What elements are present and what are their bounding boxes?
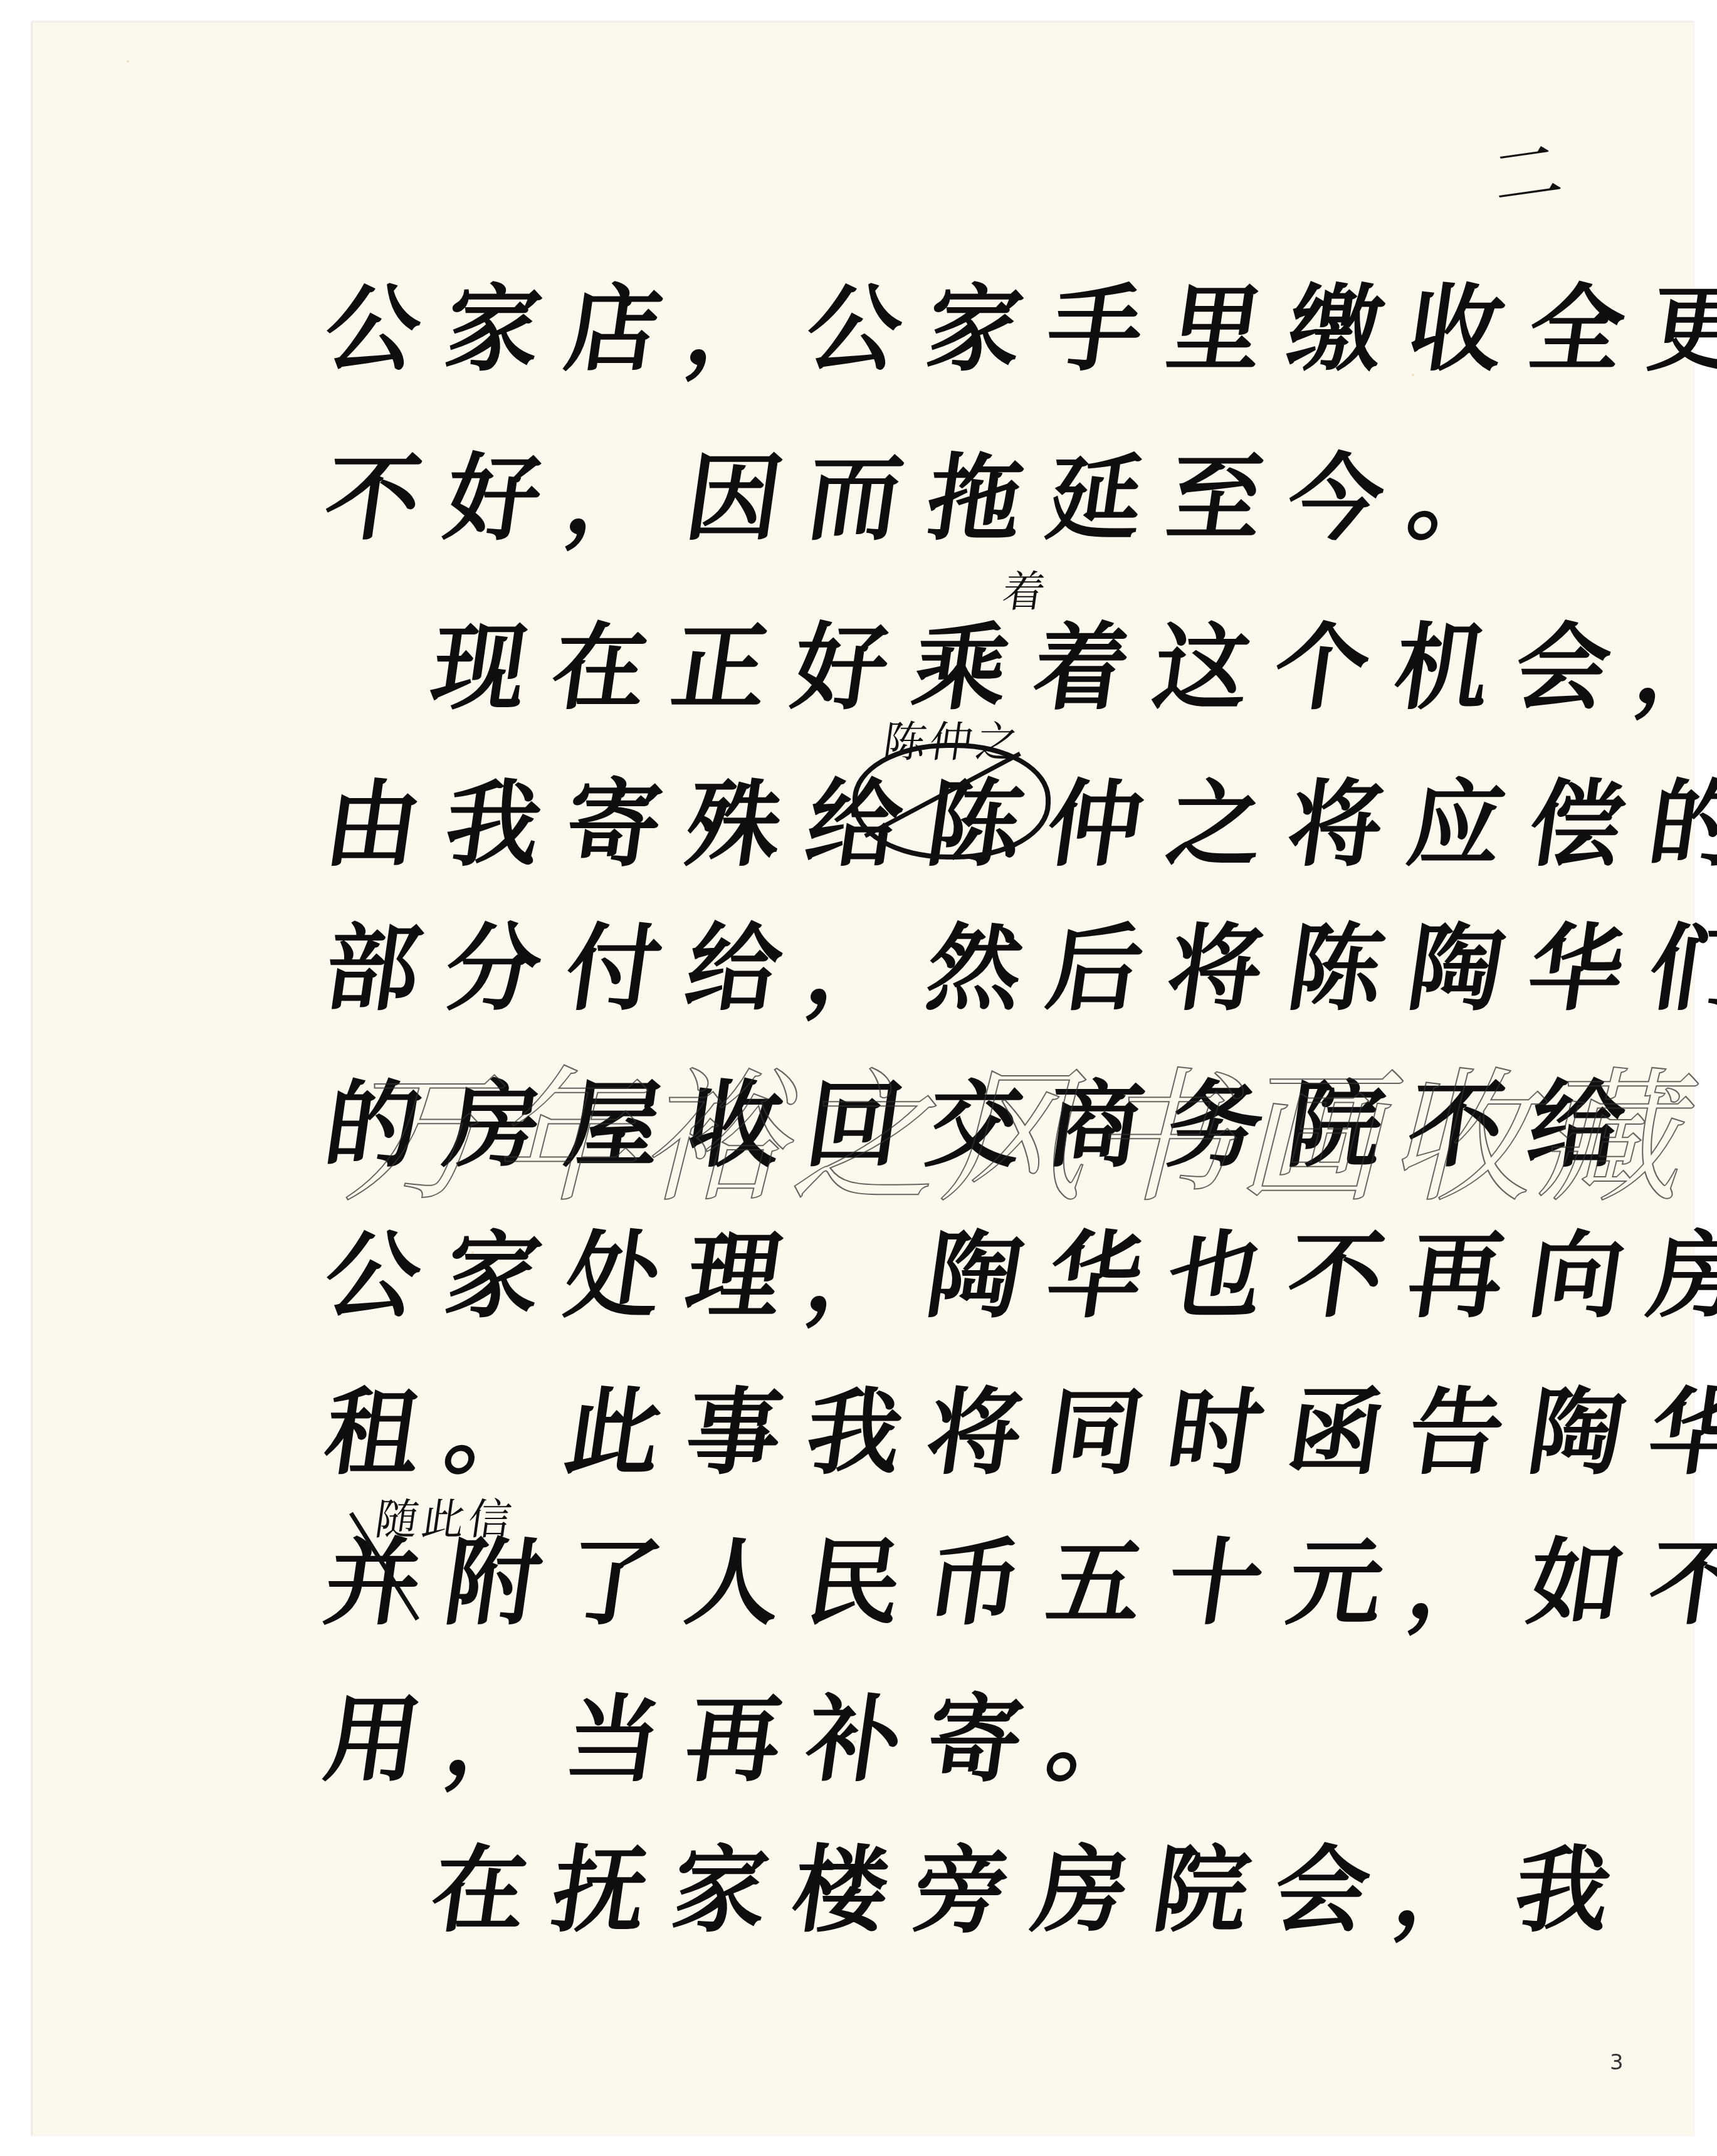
text-line-6: 的房屋收回交商务院不给	[319, 1078, 1656, 1172]
paper-speck	[127, 60, 129, 63]
text-line-3: 现在正好乘着这个机会，	[426, 621, 1717, 715]
text-line-11: 在抚家楼旁房院会，我	[426, 1843, 1642, 1937]
page-mark: 二	[1486, 115, 1568, 223]
text-line-7: 公家处理，陶华也不再向房	[319, 1229, 1717, 1323]
text-line-1: 公家店，公家手里缴收全更加	[319, 282, 1717, 376]
insertion-sui-ci-xin: 随此信	[372, 1486, 520, 1547]
text-line-5: 部分付给，然后将陈陶华们	[319, 922, 1717, 1016]
text-line-9: 并附了人民币五十元，如不够	[319, 1536, 1717, 1630]
text-line-2: 不好，因而拖延至今。	[319, 451, 1536, 545]
insertion-zhe: 着	[999, 558, 1054, 619]
deletion-circle	[853, 743, 1051, 860]
text-line-8: 租。此事我将同时函告陶华，	[319, 1386, 1717, 1480]
text-line-10: 用，当再补寄。	[319, 1693, 1175, 1787]
folio-number: 3	[1610, 2050, 1624, 2075]
